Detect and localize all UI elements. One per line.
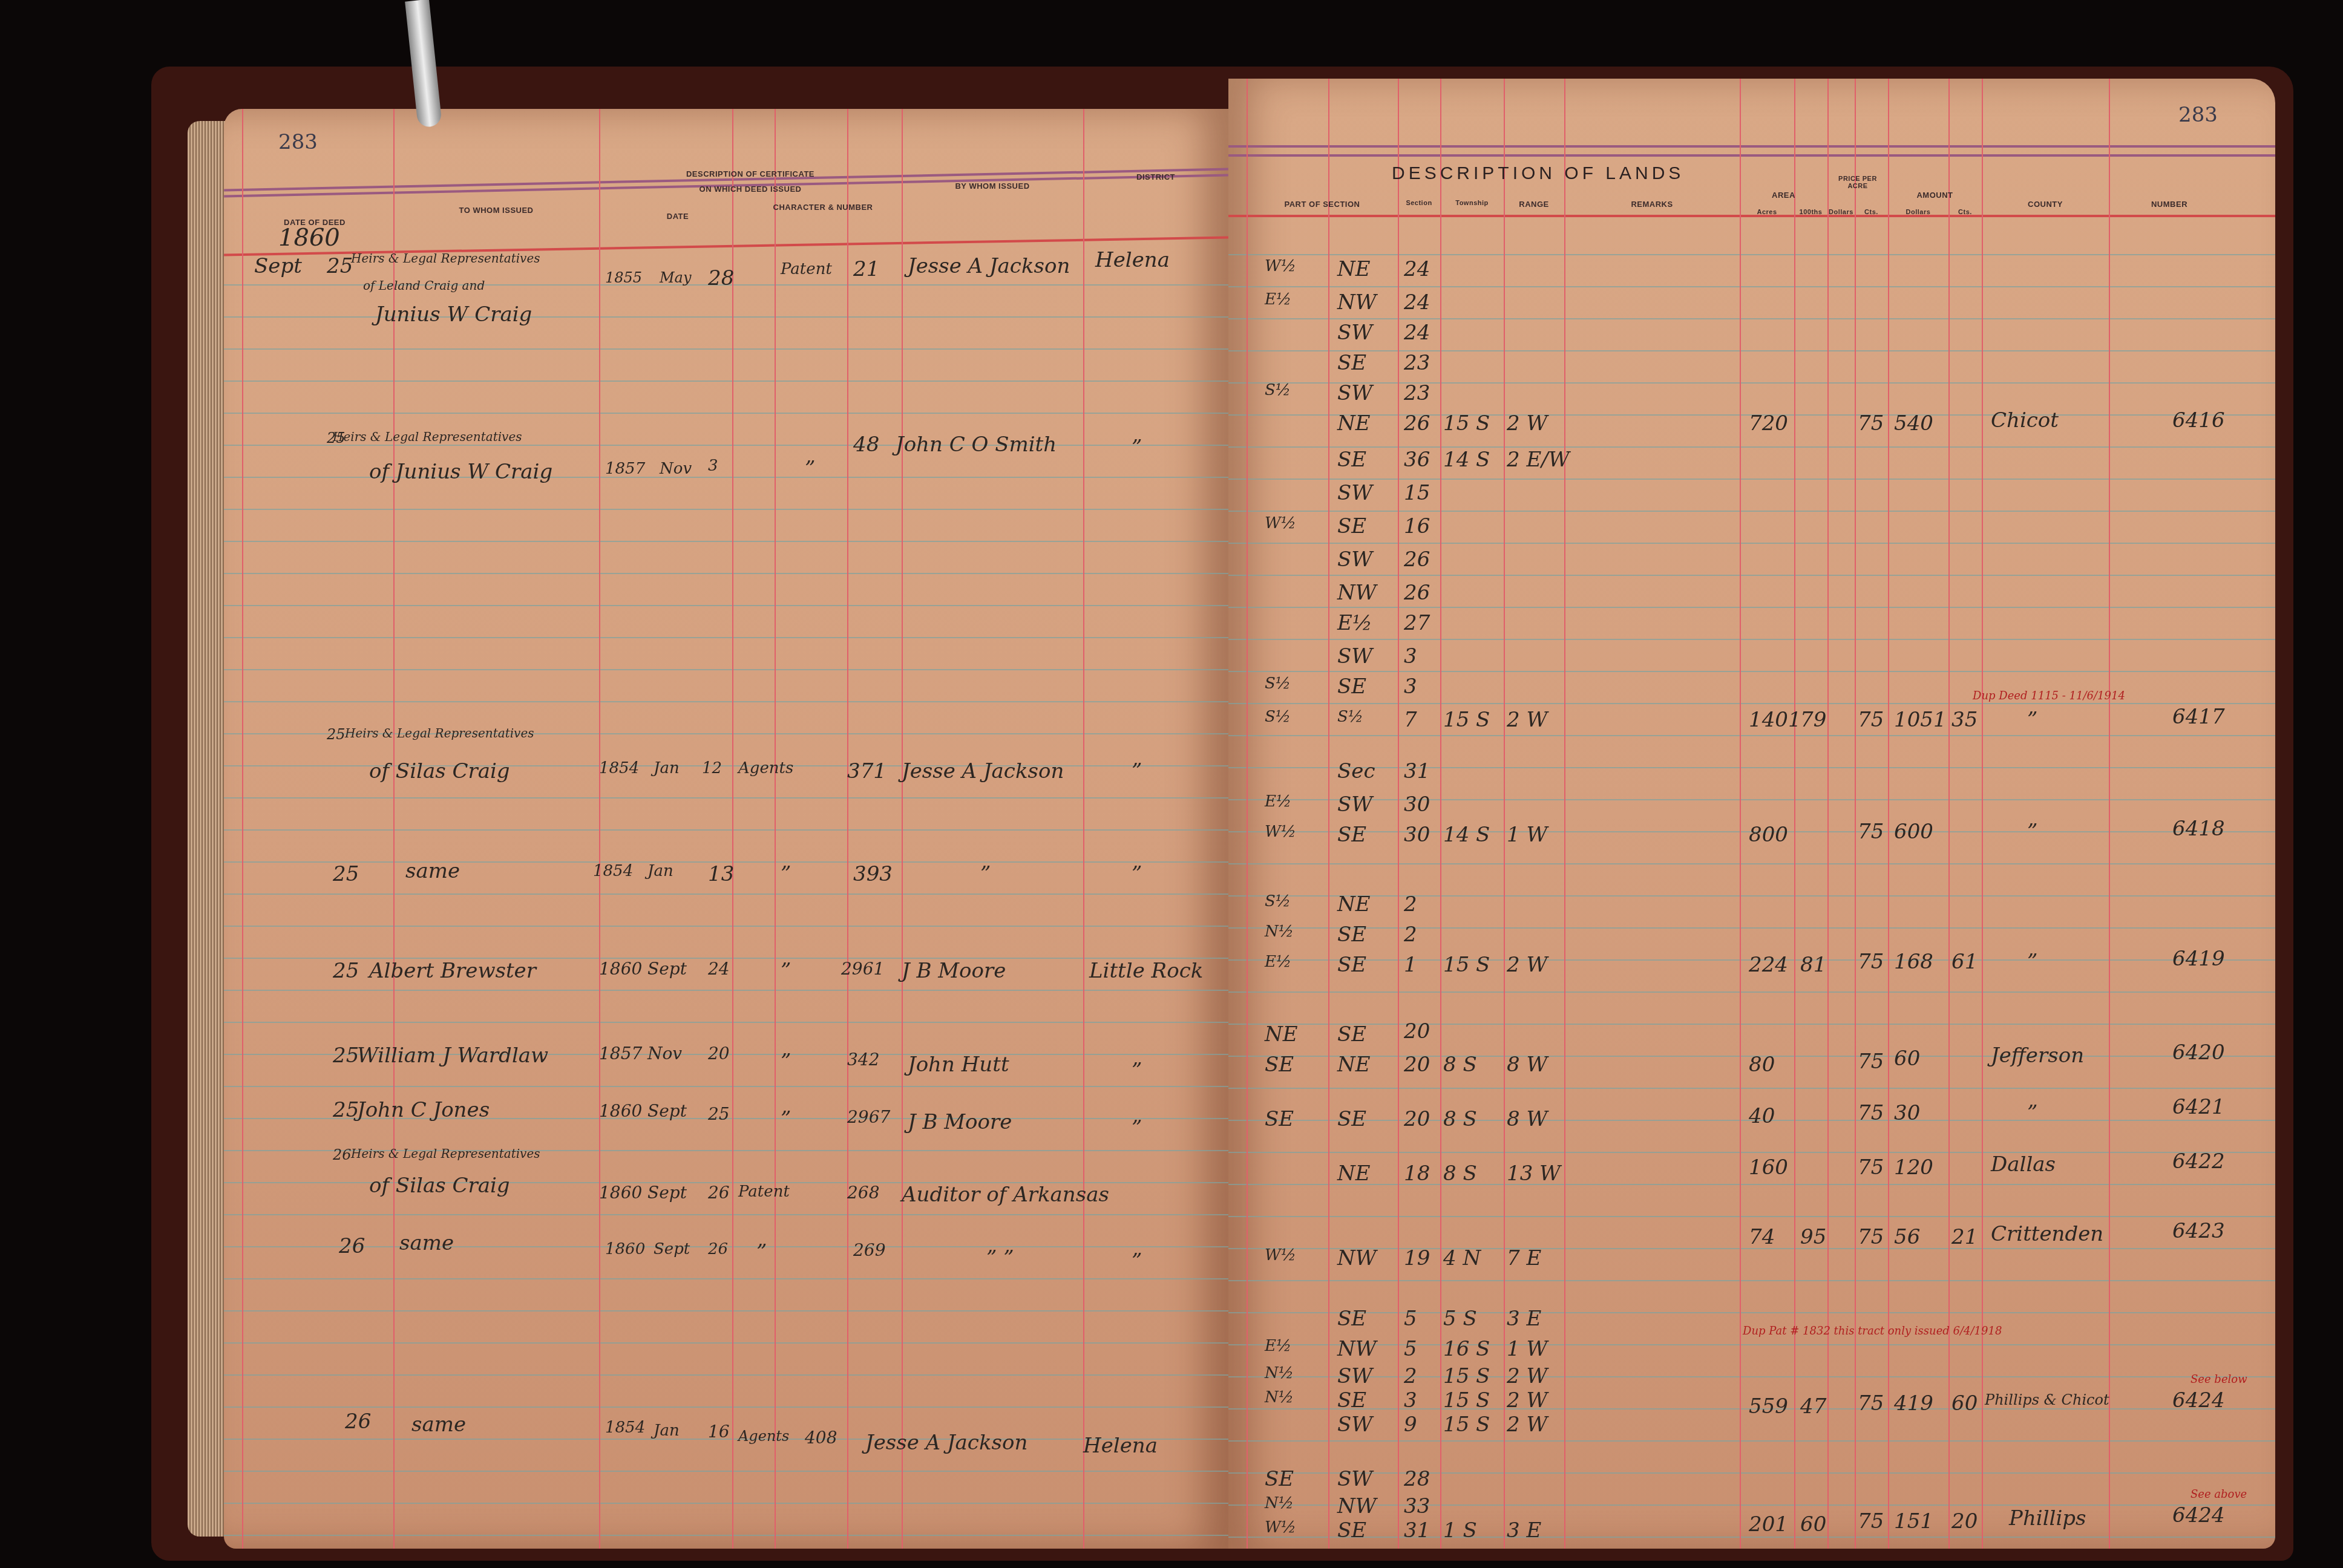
entry-month: Sept [254,254,302,278]
ruled-line [224,316,1228,318]
cert-month: Nov [660,460,692,478]
column-rule [1083,109,1084,1549]
right-page-number: 283 [2178,103,2218,127]
entry-to-whom: William J Wardlaw [357,1044,548,1068]
land-quarter: SE [1337,923,1366,947]
land-quarter: SE [1337,675,1366,699]
header-rule [1228,154,2275,157]
land-part: E½ [1265,792,1291,811]
ruled-line [224,797,1228,799]
land-part: NE [1265,1022,1298,1047]
col-range: RANGE [1504,200,1564,209]
land-acres: 74 [1749,1225,1775,1249]
land-quarter: NE [1337,1053,1371,1077]
ruled-line [224,990,1228,991]
land-quarter: SE [1337,448,1366,472]
land-township: 8 S [1443,1053,1477,1077]
land-quarter: NW [1337,581,1377,605]
column-rule [775,109,776,1549]
cert-year: 1860 [605,1240,645,1258]
cert-day: 13 [708,862,734,886]
ruled-line [224,509,1228,510]
ruled-line [1228,927,2275,929]
land-quarter: SE [1337,1307,1366,1331]
land-township: 15 S [1443,953,1490,977]
cert-character: Agents [738,759,793,777]
ruled-line [224,1503,1228,1504]
ruled-line [1228,254,2275,255]
district: ” [1132,436,1142,460]
land-section: 5 [1404,1337,1417,1361]
cert-number: 371 [847,759,886,783]
cert-year: 1857 [599,1044,642,1063]
cert-character: ” [805,457,815,481]
land-quarter: SW [1337,321,1372,345]
entry-day: 26 [333,1146,352,1163]
col-character-number: CHARACTER & NUMBER [744,203,902,212]
entry-to-whom: Heirs & Legal Representatives [333,430,522,444]
land-part: W½ [1265,514,1296,532]
land-county: Dallas [1991,1152,2056,1177]
land-price-cts: 75 [1858,1225,1884,1249]
ruled-line [1228,671,2275,672]
entry-to-whom: Heirs & Legal Representatives [345,726,534,740]
land-range: 3 E [1507,1518,1541,1543]
ruled-line [1228,991,2275,993]
land-amount: 30 [1894,1101,1920,1125]
ruled-line [224,1214,1228,1215]
land-section: 9 [1404,1413,1417,1437]
land-acres: 160 [1749,1155,1788,1180]
cert-day: 25 [708,1104,730,1124]
entry-day: 25 [327,254,353,278]
land-township: 1 S [1443,1518,1477,1543]
land-part: SE [1265,1467,1294,1491]
column-rule [732,109,733,1549]
land-county: ” [2027,950,2037,974]
col-price-dollars: Dollars [1827,209,1855,216]
land-section: 24 [1404,321,1430,345]
ruled-line [224,669,1228,670]
land-range: 8 W [1507,1107,1547,1131]
land-township: 16 S [1443,1337,1490,1361]
entry-day: 25 [333,862,359,886]
ruled-line [1228,735,2275,736]
land-amount-cts: 61 [1951,950,1978,974]
land-section: 3 [1404,675,1417,699]
cert-number: 269 [853,1240,885,1260]
col-acres: Acres [1740,209,1794,216]
land-price-cts: 75 [1858,1050,1884,1074]
land-hundredths: 60 [1800,1512,1826,1537]
land-amount: 540 [1894,411,1933,436]
land-price-cts: 75 [1858,1101,1884,1125]
land-section: 3 [1404,644,1417,668]
entry-to-whom: Heirs & Legal Representatives [351,1146,540,1161]
land-township: 8 S [1443,1161,1477,1186]
cert-day: 3 [708,457,718,475]
district: ” [1132,1116,1142,1140]
land-township: 15 S [1443,1364,1490,1388]
land-price-cts: 75 [1858,950,1884,974]
land-township: 8 S [1443,1107,1477,1131]
land-section: 18 [1404,1161,1430,1186]
land-quarter: SE [1337,1022,1366,1047]
land-section: 7 [1404,708,1417,732]
land-quarter: SE [1337,823,1366,847]
district: ” [1132,1249,1142,1273]
land-part: E½ [1265,1337,1291,1355]
land-township: 4 N [1443,1246,1481,1270]
land-section: 24 [1404,257,1430,281]
ruled-line [224,605,1228,606]
column-rule [1398,79,1399,1549]
cert-month: May [660,269,691,286]
land-price-cts: 75 [1858,1509,1884,1534]
district: ” [1132,1059,1142,1083]
land-county: Phillips & Chicot [1985,1391,2109,1408]
ruled-line [1228,1152,2275,1153]
land-quarter: SW [1337,644,1372,668]
cert-year: 1854 [605,1419,645,1437]
cert-year: 1860 [599,1183,642,1203]
land-county: Jefferson [1991,1044,2084,1068]
land-price-cts: 75 [1858,820,1884,844]
cert-character: ” [781,1107,791,1131]
cert-day: 20 [708,1044,730,1063]
cert-character: ” [756,1240,767,1264]
deed-number: 6423 [2172,1219,2225,1243]
land-section: 5 [1404,1307,1417,1331]
land-part: W½ [1265,823,1296,841]
land-township: 14 S [1443,823,1490,847]
column-rule [1328,79,1329,1549]
column-rule [847,109,848,1549]
land-part: S½ [1265,708,1291,726]
cert-number: 2967 [847,1107,890,1127]
land-part: N½ [1265,1494,1294,1512]
district: Helena [1083,1434,1158,1458]
land-section: 2 [1404,923,1417,947]
land-range: 2 W [1507,411,1547,436]
ruled-line [1228,1504,2275,1506]
cert-number: 48 [853,433,879,457]
land-part: W½ [1265,1518,1296,1537]
land-section: 36 [1404,448,1430,472]
cert-character: Agents [738,1428,789,1445]
land-amount-cts: 35 [1951,708,1978,732]
ruled-line [1228,543,2275,544]
col-on-which-deed-issued: ON WHICH DEED ISSUED [611,185,890,194]
land-county: Crittenden [1991,1222,2103,1246]
header-rule [1228,145,2275,148]
col-amount-cts: Cts. [1948,209,1982,216]
col-township: Township [1440,200,1504,207]
deed-number: 6417 [2172,705,2225,729]
land-quarter: NE [1337,1161,1371,1186]
col-part-of-section: PART OF SECTION [1247,200,1398,209]
cert-day: 26 [708,1183,730,1203]
land-quarter: NE [1337,411,1371,436]
land-amount: 168 [1894,950,1933,974]
land-county: ” [2027,1101,2037,1125]
land-price-cts: 75 [1858,1155,1884,1180]
land-part: W½ [1265,257,1296,275]
land-amount-cts: 21 [1951,1225,1978,1249]
land-amount: 1051 [1894,708,1947,732]
ruled-line [1228,863,2275,864]
red-annotation: See below [2191,1373,2247,1386]
col-number: NUMBER [2109,200,2230,209]
land-section: 31 [1404,1518,1430,1543]
land-quarter: SE [1337,1518,1366,1543]
land-county: ” [2027,708,2037,732]
cert-month: Jan [654,1422,680,1440]
entry-to-whom: same [399,1231,454,1255]
deed-number: 6420 [2172,1040,2225,1065]
deed-number: 6422 [2172,1149,2225,1174]
land-part: N½ [1265,1388,1294,1406]
entry-to-whom: of Junius W Craig [369,460,552,484]
district: Little Rock [1089,959,1203,983]
ruled-line [1228,1376,2275,1377]
cert-day: 24 [708,959,730,979]
land-quarter: SE [1337,1388,1366,1413]
land-amount: 60 [1894,1047,1920,1071]
entry-day: 26 [339,1234,365,1258]
land-section: 23 [1404,381,1430,405]
entry-to-whom: same [411,1413,466,1437]
by-whom: John C O Smith [896,433,1057,457]
ruled-line [1228,607,2275,608]
land-price-cts: 75 [1858,708,1884,732]
ruled-line [1228,1088,2275,1089]
land-section: 16 [1404,514,1430,538]
land-township: 15 S [1443,1413,1490,1437]
land-section: 23 [1404,351,1430,375]
land-price-cts: 75 [1858,411,1884,436]
col-cert-date: DATE [611,212,744,221]
col-by-whom-issued: BY WHOM ISSUED [908,181,1077,191]
cert-character: ” [781,1050,791,1074]
land-amount: 151 [1894,1509,1933,1534]
ruled-line [1228,1216,2275,1217]
land-range: 1 W [1507,1337,1547,1361]
cert-month: Sept [647,959,687,979]
district: ” [1132,862,1142,886]
land-section: 20 [1404,1019,1430,1044]
land-section: 28 [1404,1467,1430,1491]
entry-day: 25 [333,959,359,983]
col-to-whom-issued: TO WHOM ISSUED [405,206,587,215]
cert-number: 268 [847,1183,879,1203]
entry-to-whom: John C Jones [357,1098,490,1122]
by-whom: Jesse A Jackson [902,759,1064,783]
by-whom: J B Moore [902,959,1006,983]
ruled-line [1228,479,2275,480]
cert-month: Sept [647,1183,687,1203]
land-hundredths: 79 [1800,708,1826,732]
land-range: 2 W [1507,1364,1547,1388]
land-township: 15 S [1443,411,1490,436]
deed-number: 6424 [2172,1503,2225,1527]
district: Helena [1095,248,1170,272]
land-section: 19 [1404,1246,1430,1270]
cert-year: 1860 [599,959,642,979]
land-quarter: NW [1337,1337,1377,1361]
land-county: Phillips [2009,1506,2086,1530]
ruled-line [1228,1344,2275,1345]
ruled-line [1228,286,2275,287]
land-section: 3 [1404,1388,1417,1413]
ruled-line [224,413,1228,414]
cert-year: 1857 [605,460,645,478]
land-acres: 559 [1749,1394,1788,1419]
cert-day: 26 [708,1240,728,1258]
land-section: 15 [1404,481,1430,505]
cert-month: Jan [654,759,680,777]
land-township: 5 S [1443,1307,1477,1331]
ruled-line [1228,382,2275,384]
ruled-line [224,1086,1228,1087]
land-acres: 224 [1749,953,1788,977]
land-section: 20 [1404,1053,1430,1077]
land-quarter: SW [1337,381,1372,405]
red-annotation: See above [2191,1488,2247,1501]
ruled-line [224,445,1228,446]
land-quarter: SE [1337,514,1366,538]
column-rule [1740,79,1741,1549]
column-rule [1504,79,1505,1549]
ruled-line [224,1310,1228,1312]
ruled-line [224,926,1228,927]
land-hundredths: 81 [1800,953,1826,977]
ruled-line [1228,1537,2275,1538]
column-rule [1247,79,1248,1549]
deed-number: 6419 [2172,947,2225,971]
year-heading: 1860 [278,224,340,252]
ruled-line [1228,1280,2275,1281]
land-quarter: NW [1337,1246,1377,1270]
land-range: 13 W [1507,1161,1561,1186]
entry-to-whom: of Silas Craig [369,759,510,783]
land-amount-cts: 20 [1951,1509,1978,1534]
ruled-line [224,1471,1228,1472]
ruled-line [224,701,1228,702]
cert-year: 1854 [599,759,639,777]
ruled-line [224,1406,1228,1408]
land-section: 24 [1404,290,1430,315]
ruled-line [1228,895,2275,897]
column-rule [242,109,243,1549]
land-section: 27 [1404,611,1430,635]
land-part: W½ [1265,1246,1296,1264]
col-amount: AMOUNT [1888,191,1982,200]
column-rule [1564,79,1565,1549]
col-price-cts: Cts. [1855,209,1888,216]
land-quarter: NW [1337,290,1377,315]
ruled-line [224,893,1228,895]
entry-day: 25 [327,430,346,446]
col-amount-dollars: Dollars [1888,209,1948,216]
deed-number: 6424 [2172,1388,2225,1413]
land-quarter: SW [1337,1413,1372,1437]
by-whom: Auditor of Arkansas [902,1183,1109,1207]
cert-month: Sept [647,1101,687,1121]
ruled-line [224,348,1228,350]
land-quarter: SW [1337,547,1372,572]
deed-number: 6421 [2172,1095,2225,1119]
land-range: 2 W [1507,953,1547,977]
land-part: N½ [1265,923,1294,941]
land-quarter: SE [1337,953,1366,977]
cert-month: Sept [654,1240,690,1258]
col-description-certificate: DESCRIPTION OF CERTIFICATE [611,169,890,178]
land-range: 8 W [1507,1053,1547,1077]
by-whom: J B Moore [908,1110,1012,1134]
land-quarter: NW [1337,1494,1377,1518]
ruled-line [1228,767,2275,768]
cert-year: 1854 [593,862,633,880]
col-area: AREA [1740,191,1827,200]
land-range: 3 E [1507,1307,1541,1331]
ruled-line [1228,318,2275,319]
land-part: S½ [1265,381,1291,399]
left-page-number: 283 [278,130,318,154]
col-county: COUNTY [1982,200,2109,209]
col-100ths: 100ths [1794,209,1827,216]
ruled-line [1228,350,2275,351]
column-rule [1440,79,1441,1549]
land-hundredths: 95 [1800,1225,1826,1249]
land-part: SE [1265,1053,1294,1077]
ruled-line [224,829,1228,831]
land-township: 15 S [1443,708,1490,732]
land-acres: 40 [1749,1104,1775,1128]
ruled-line [1228,1024,2275,1025]
cert-character: ” [781,959,791,983]
land-range: 1 W [1507,823,1547,847]
ruled-line [224,1535,1228,1536]
entry-day: 25 [327,726,346,743]
ruled-line [224,1342,1228,1344]
deed-number: 6418 [2172,817,2225,841]
ruled-line [224,637,1228,638]
land-range: 2 W [1507,708,1547,732]
land-acres: 1401 [1749,708,1801,732]
cert-number: 342 [847,1050,879,1070]
land-quarter: SW [1337,481,1372,505]
column-rule [2109,79,2110,1549]
land-section: 33 [1404,1494,1430,1518]
land-county: Chicot [1991,408,2059,433]
land-part: E½ [1265,290,1291,309]
cert-character: Patent [738,1183,790,1201]
land-quarter: SE [1337,1107,1366,1131]
land-range: 7 E [1507,1246,1541,1270]
cert-number: 2961 [841,959,884,979]
left-page: 283 DATE OF DEED TO WHOM ISSUED DESCRIPT… [224,109,1228,1549]
cert-day: 28 [708,266,734,290]
entry-to-whom: of Silas Craig [369,1174,510,1198]
col-district: DISTRICT [1089,172,1222,181]
cert-day: 16 [708,1422,730,1442]
cert-number: 21 [853,257,879,281]
ruled-line [1228,575,2275,576]
land-amount: 600 [1894,820,1933,844]
land-amount-cts: 60 [1951,1391,1978,1416]
ruled-line [224,1278,1228,1279]
